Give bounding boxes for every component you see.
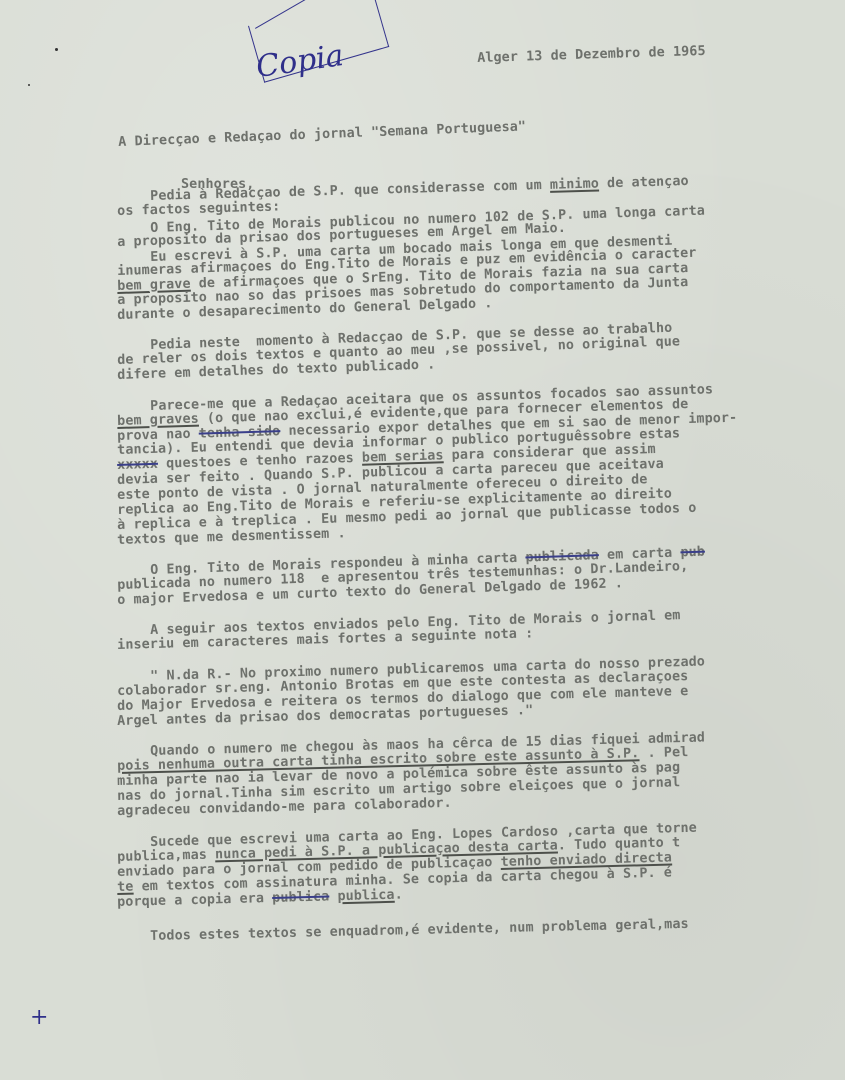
letter-line: os factos seguintes: (117, 200, 281, 218)
date-line: Alger 13 de Dezembro de 1965 (477, 45, 706, 66)
struck-text: publica (272, 889, 330, 905)
paper-speck (28, 84, 30, 86)
underlined-text: minimo (550, 176, 599, 192)
margin-cross-mark: + (30, 1005, 48, 1030)
text-run: . Pel (639, 745, 688, 761)
underlined-text: publica (337, 888, 395, 904)
text-run: de atençao (599, 174, 689, 192)
text-run: os factos seguintes: (117, 199, 281, 219)
struck-text: pub (680, 545, 705, 561)
letter-line: Todos estes textos se enquadrom,é eviden… (150, 918, 689, 944)
addressee-line: A Direcçao e Redaçao do jornal "Semana P… (118, 120, 526, 149)
scanned-letter-page: Copia Alger 13 de Dezembro de 1965 A Dir… (0, 0, 845, 1080)
underlined-text: te (117, 880, 134, 895)
text-run: Todos estes textos se enquadrom,é eviden… (150, 917, 689, 944)
text-run: porque a copia era (117, 891, 272, 910)
struck-text: xxxxx (117, 457, 158, 473)
paper-speck (55, 48, 58, 51)
text-run: . (394, 888, 403, 903)
